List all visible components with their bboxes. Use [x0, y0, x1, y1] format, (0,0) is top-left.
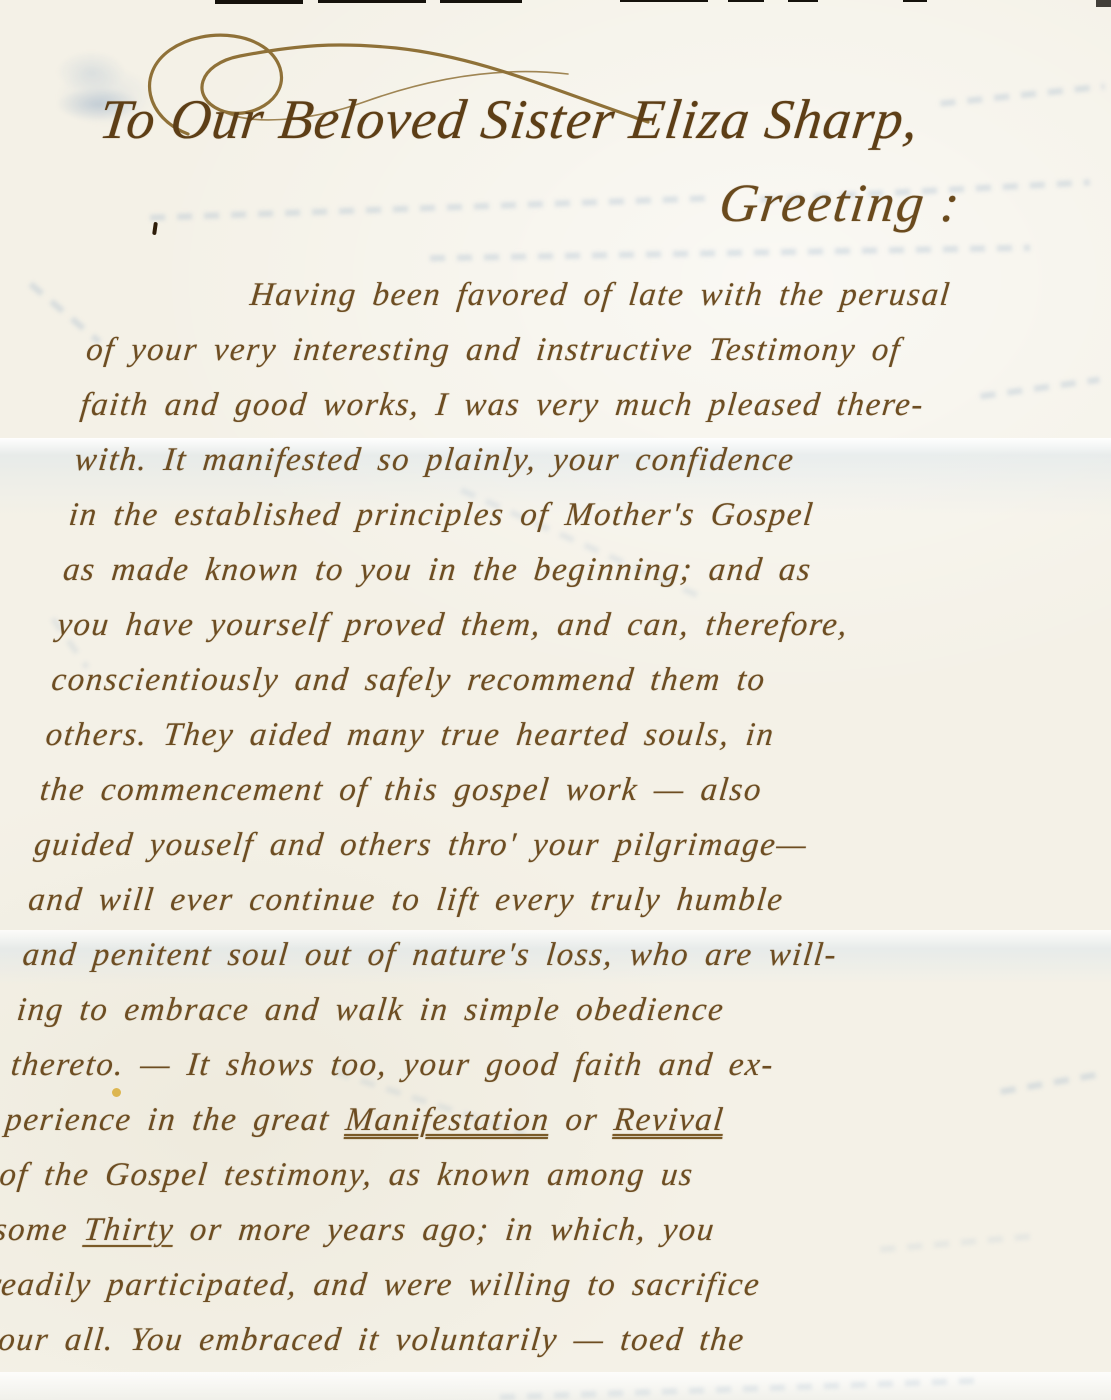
letter-line: and will ever continue to lift every tru…: [26, 873, 1032, 928]
letter-line: as made known to you in the beginning; a…: [60, 543, 1066, 598]
letter-body: Having been favored of late with the per…: [0, 268, 1095, 1368]
scan-edge-artifact: [440, 0, 522, 3]
ink-show-through: [1000, 1071, 1100, 1094]
letter-text: faith and good works, I was very much pl…: [79, 387, 926, 423]
letter-line: in the established principles of Mother'…: [66, 488, 1072, 543]
letter-text: of your very interesting and instructive…: [84, 332, 902, 368]
letter-line: the commencement of this gospel work — a…: [37, 763, 1043, 818]
letter-text: of the Gospel testimony, as known among …: [0, 1157, 696, 1193]
letter-text: readily participated, and were willing t…: [0, 1267, 762, 1303]
letter-line: guided youself and others thro' your pil…: [31, 818, 1037, 873]
scan-edge-artifact: [788, 0, 818, 2]
ink-blot: [152, 222, 158, 235]
letter-text: with. It manifested so plainly, your con…: [73, 442, 797, 478]
letter-text: your all. You embraced it voluntarily — …: [0, 1322, 747, 1358]
letter-line: your all. You embraced it voluntarily — …: [0, 1313, 985, 1368]
salutation-line: To Our Beloved Sister Eliza Sharp,: [96, 88, 923, 152]
letter-line: and penitent soul out of nature's loss, …: [20, 928, 1026, 983]
ink-show-through: [430, 245, 1030, 261]
letter-text: some: [0, 1212, 86, 1248]
letter-text: conscientiously and safely recommend the…: [50, 662, 768, 698]
letter-line: thereto. — It shows too, your good faith…: [8, 1038, 1014, 1093]
underlined-word: Revival: [612, 1102, 726, 1138]
letter-text: others. They aided many true hearted sou…: [44, 717, 777, 753]
letter-text: as made known to you in the beginning; a…: [61, 552, 813, 588]
ink-show-through: [150, 195, 710, 221]
letter-text: the commencement of this gospel work — a…: [38, 772, 764, 808]
scan-edge-artifact: [318, 0, 426, 3]
letter-text: guided youself and others thro' your pil…: [32, 827, 809, 863]
fold-crease: [0, 1372, 1111, 1400]
scan-edge-artifact: [215, 0, 303, 4]
letter-text: perience in the great: [4, 1102, 348, 1138]
letter-line: Having been favored of late with the per…: [89, 268, 1095, 323]
letter-line: you have yourself proved them, and can, …: [55, 598, 1061, 653]
underlined-word: Manifestation: [344, 1102, 552, 1138]
letter-line: readily participated, and were willing t…: [0, 1258, 991, 1313]
ink-show-through: [500, 1378, 980, 1400]
scan-edge-artifact: [620, 0, 708, 2]
letter-line: perience in the great Manifestation or R…: [3, 1093, 1009, 1148]
letter-text: ing to embrace and walk in simple obedie…: [15, 992, 726, 1028]
scan-edge-artifact: [728, 0, 764, 2]
letter-line: some Thirty or more years ago; in which,…: [0, 1203, 997, 1258]
letter-text: or: [548, 1102, 616, 1138]
letter-text: thereto. — It shows too, your good faith…: [9, 1047, 776, 1083]
letter-line: ing to embrace and walk in simple obedie…: [14, 983, 1020, 1038]
letter-line: of your very interesting and instructive…: [83, 323, 1089, 378]
scan-edge-artifact: [1096, 0, 1111, 7]
letter-text: and will ever continue to lift every tru…: [27, 882, 786, 918]
scan-edge-artifact: [903, 0, 927, 2]
letter-line: with. It manifested so plainly, your con…: [72, 433, 1078, 488]
letter-line: of the Gospel testimony, as known among …: [0, 1148, 1003, 1203]
letter-text: in the established principles of Mother'…: [67, 497, 816, 533]
underlined-word: Thirty: [82, 1212, 176, 1248]
letter-text: Having been favored of late with the per…: [248, 277, 952, 313]
letter-line: faith and good works, I was very much pl…: [78, 378, 1084, 433]
letter-text: or more years ago; in which, you: [172, 1212, 717, 1248]
letter-line: others. They aided many true hearted sou…: [43, 708, 1049, 763]
letter-page: To Our Beloved Sister Eliza Sharp, Greet…: [0, 0, 1111, 1400]
letter-line: conscientiously and safely recommend the…: [49, 653, 1055, 708]
letter-text: you have yourself proved them, and can, …: [56, 607, 851, 643]
greeting-line: Greeting :: [716, 172, 965, 234]
ink-show-through: [940, 83, 1105, 106]
letter-text: and penitent soul out of nature's loss, …: [21, 937, 839, 973]
